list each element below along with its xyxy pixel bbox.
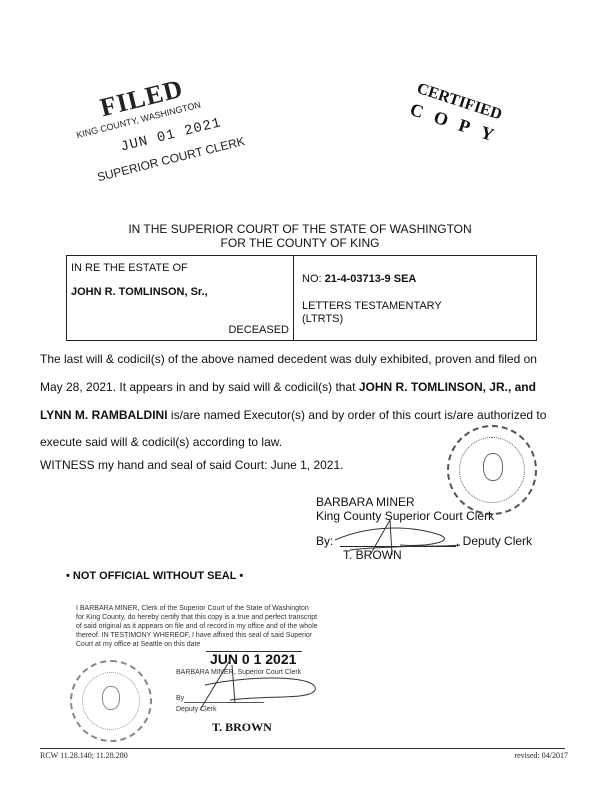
deceased-label: DECEASED	[228, 324, 289, 336]
cert-by: By	[176, 694, 184, 703]
clerk-name: BARBARA MINER	[316, 495, 415, 509]
document-title: LETTERS TESTAMENTARY	[302, 300, 442, 312]
body-line-3: LYNN M. RAMBALDINI is/are named Executor…	[40, 408, 570, 422]
body-line-2: May 28, 2021. It appears in and by said …	[40, 380, 570, 394]
cert-court-seal	[70, 660, 152, 742]
case-number-label: NO:	[302, 273, 322, 285]
certified-copy-stamp: CERTIFIED COPY	[407, 80, 514, 150]
not-official-notice: • NOT OFFICIAL WITHOUT SEAL •	[66, 570, 243, 582]
cert-text-3: of said original as it appears on file a…	[76, 622, 321, 631]
court-seal	[447, 425, 537, 515]
document-code: (LTRTS)	[302, 313, 343, 325]
footer-rule	[40, 748, 565, 749]
case-number: 21-4-03713-9 SEA	[325, 273, 417, 285]
cert-text-5: Court at my office at Seattle on this da…	[76, 640, 321, 649]
cert-text-1: I BARBARA MINER, Clerk of the Superior C…	[76, 604, 321, 613]
in-re-label: IN RE THE ESTATE OF	[71, 262, 188, 274]
cert-initials-stamp: T. BROWN	[212, 720, 272, 735]
cert-text-2: for King County, do hereby certify that …	[76, 613, 321, 622]
cert-seal-portrait-icon	[102, 686, 120, 710]
caption-left: IN RE THE ESTATE OF JOHN R. TOMLINSON, S…	[67, 256, 294, 340]
court-heading-line2: FOR THE COUNTY OF KING	[0, 236, 600, 250]
cert-signature-icon	[190, 655, 330, 715]
executor-2: LYNN M. RAMBALDINI	[40, 408, 168, 422]
seal-portrait-icon	[483, 453, 503, 481]
footer-revised: revised: 04/2017	[514, 751, 568, 760]
deputy-name: T. BROWN	[343, 548, 402, 562]
decedent-name: JOHN R. TOMLINSON, Sr.,	[71, 286, 208, 298]
cert-text-4: thereof. IN TESTIMONY WHEREOF, I have af…	[76, 631, 321, 640]
body-line-1: The last will & codicil(s) of the above …	[40, 352, 570, 366]
body-line-3-text: is/are named Executor(s) and by order of…	[168, 408, 547, 422]
body-line-2-text: May 28, 2021. It appears in and by said …	[40, 380, 359, 394]
case-caption: IN RE THE ESTATE OF JOHN R. TOMLINSON, S…	[66, 255, 537, 341]
court-heading-line1: IN THE SUPERIOR COURT OF THE STATE OF WA…	[0, 222, 600, 236]
certification-text: I BARBARA MINER, Clerk of the Superior C…	[76, 604, 321, 649]
court-heading: IN THE SUPERIOR COURT OF THE STATE OF WA…	[0, 222, 600, 250]
caption-right: NO: 21-4-03713-9 SEA LETTERS TESTAMENTAR…	[294, 256, 536, 340]
deputy-clerk-label: , Deputy Clerk	[456, 534, 532, 548]
filed-stamp: FILED KING COUNTY, WASHINGTON JUN 01 202…	[56, 48, 279, 213]
executor-1: JOHN R. TOMLINSON, JR., and	[359, 380, 536, 394]
footer-rcw: RCW 11.28.140; 11.28.280	[40, 751, 128, 760]
